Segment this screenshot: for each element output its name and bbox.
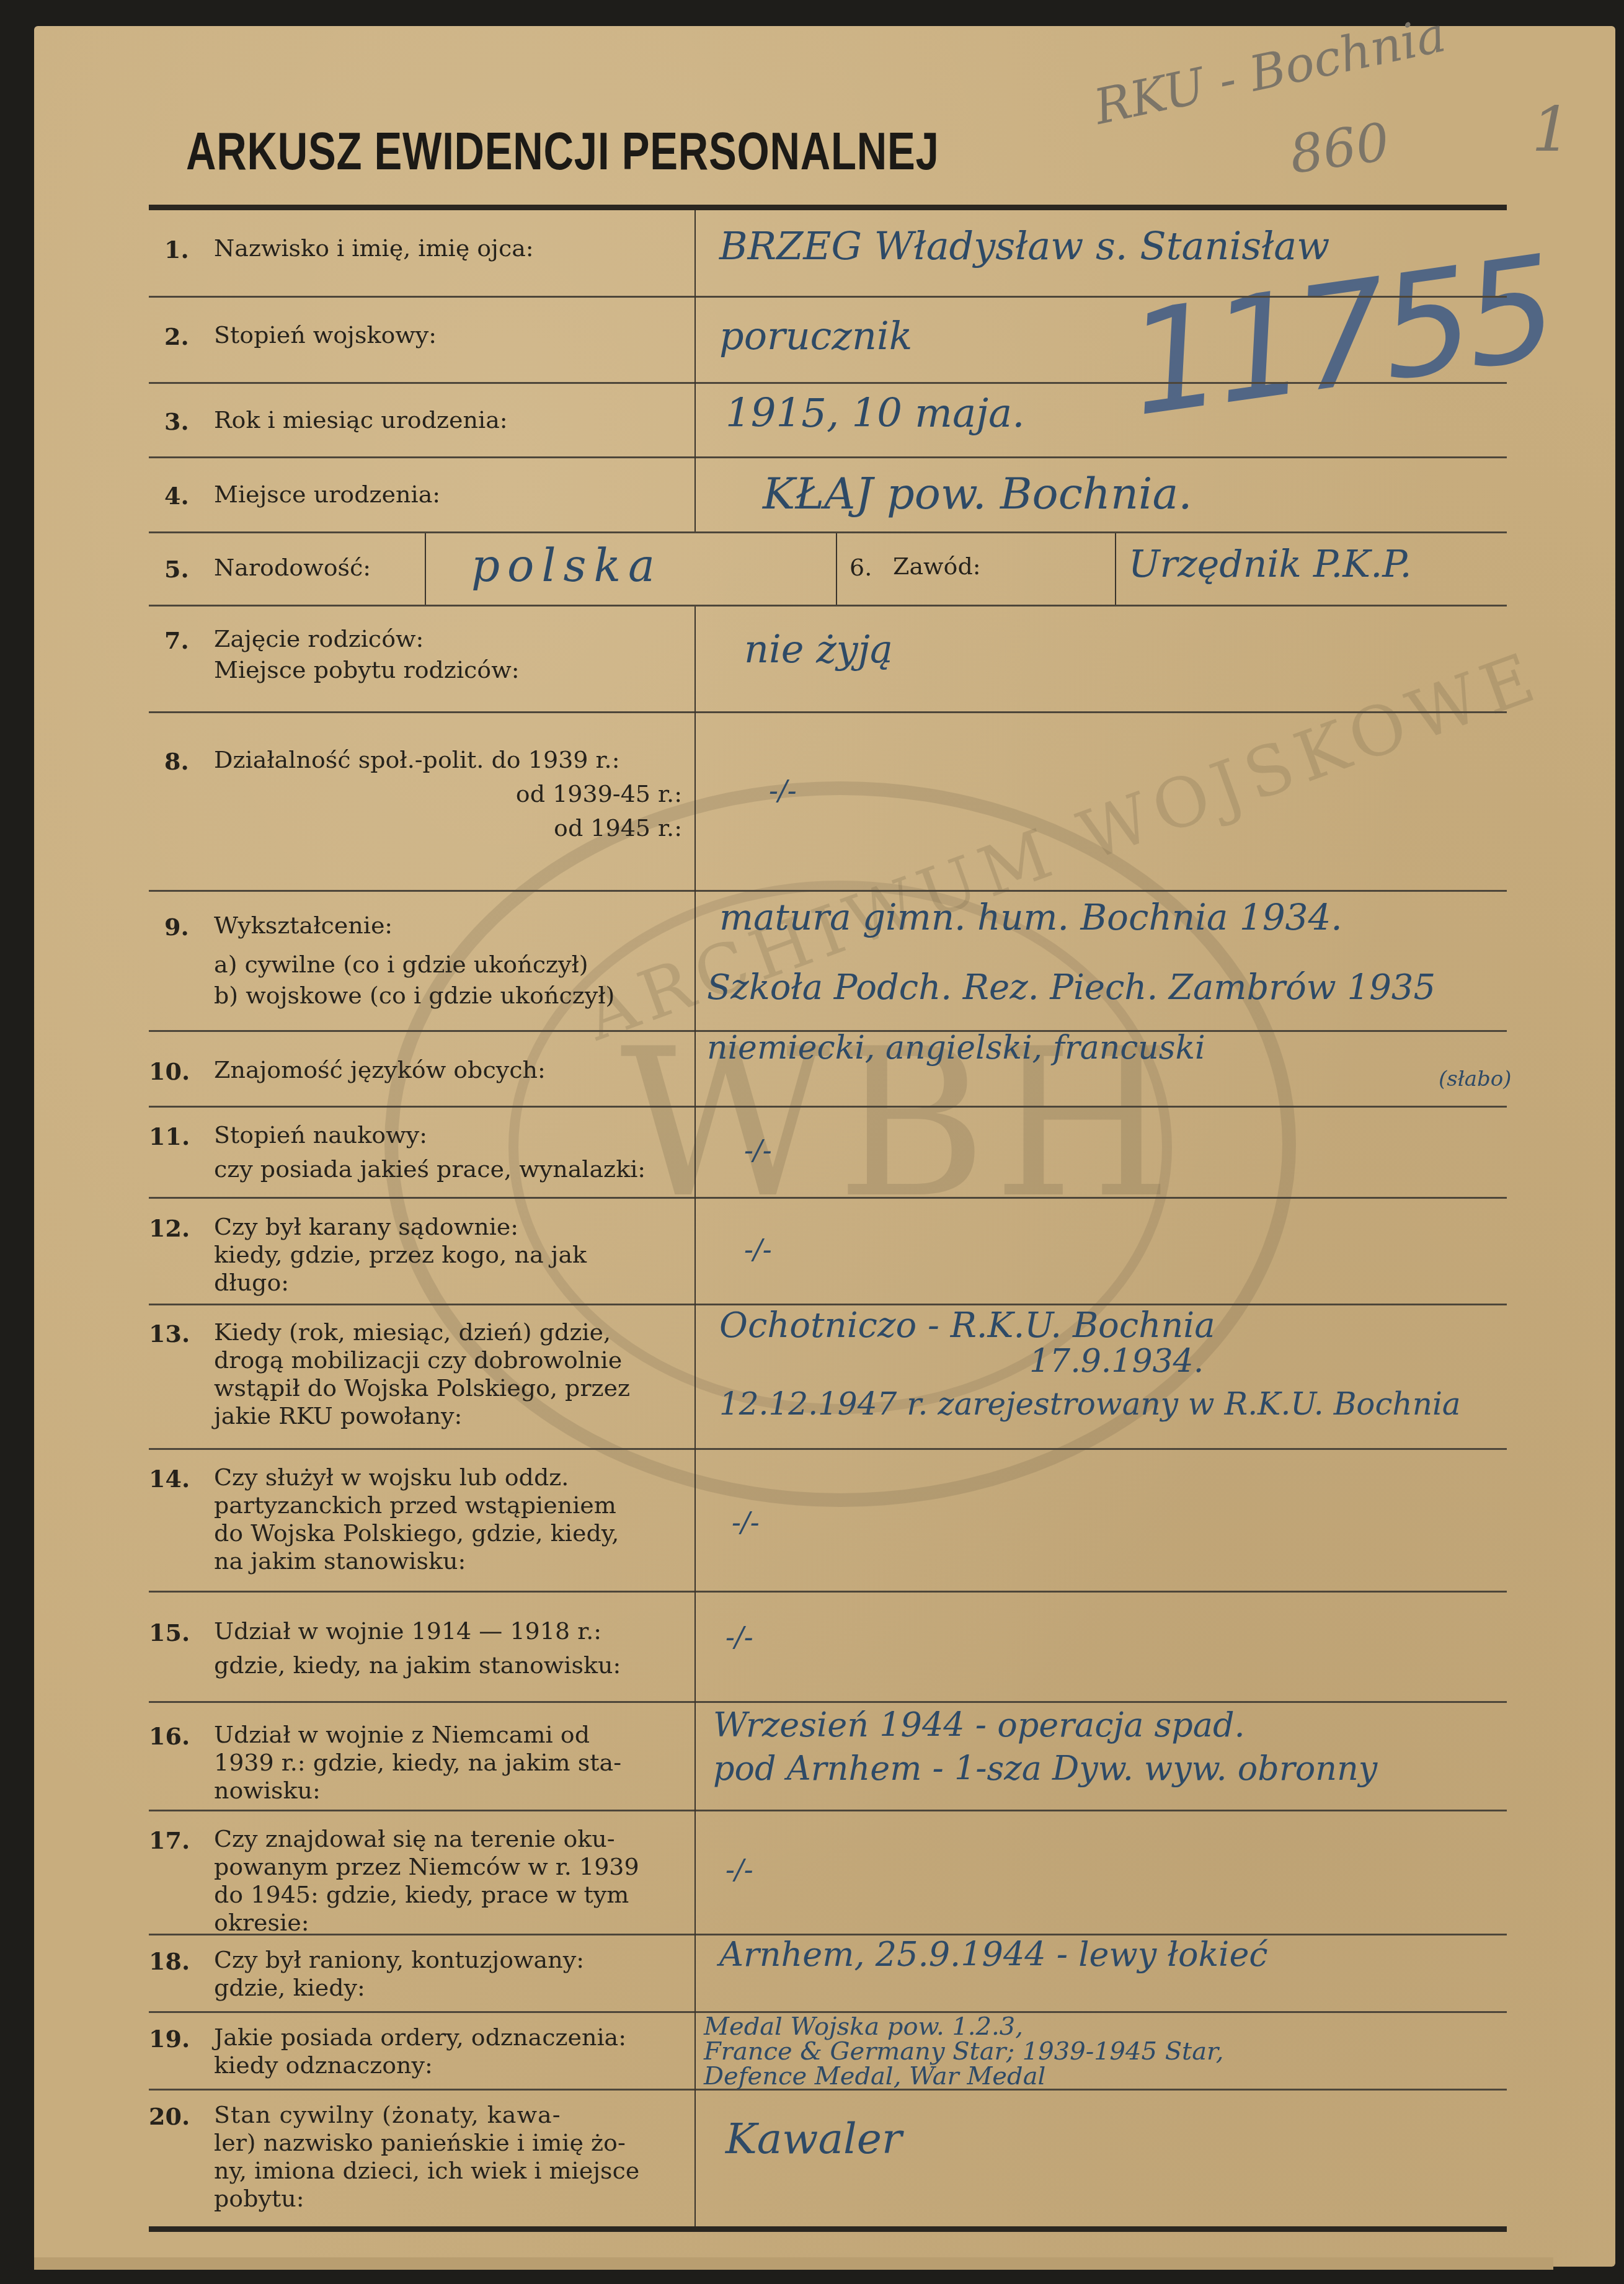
field-10-value-note: (słabo): [1439, 1067, 1512, 1091]
field-16-label-line-1: Udział w wojnie z Niemcami od: [214, 1719, 590, 1750]
field-2-number: 2.: [164, 322, 189, 350]
field-8-label-line-2: od 1939-45 r.:: [214, 778, 682, 809]
field-20-number: 20.: [149, 2102, 190, 2130]
column-divider-rows-1-4: [694, 210, 696, 531]
rule-row-16: [149, 1810, 1507, 1811]
column-divider-row5-c: [1115, 533, 1116, 605]
field-16-label-line-2: 1939 r.: gdzie, kiedy, na jakim sta-: [214, 1747, 621, 1778]
rule-row-13: [149, 1448, 1507, 1450]
underlying-sheet-edge: [34, 2257, 1553, 2270]
rule-row-5: [149, 605, 1507, 607]
field-9-label-line-3: b) wojskowe (co i gdzie ukończył): [214, 980, 615, 1011]
field-11-value: -/-: [744, 1135, 772, 1166]
field-5-number: 5.: [164, 555, 189, 583]
field-20-value: Kawaler: [725, 2115, 902, 2164]
field-15-value: -/-: [725, 1622, 753, 1653]
field-13-label-line-1: Kiedy (rok, miesiąc, dzień) gdzie,: [214, 1317, 611, 1348]
field-3-value: 1915, 10 maja.: [725, 391, 1025, 437]
field-19-value-line-3: Defence Medal, War Medal: [704, 2062, 1045, 2091]
field-15-number: 15.: [149, 1619, 190, 1646]
field-10-number: 10.: [149, 1057, 190, 1085]
field-17-label-line-4: okresie:: [214, 1907, 309, 1938]
field-8-label-line-1: Działalność społ.-polit. do 1939 r.:: [214, 744, 619, 775]
field-16-label-line-3: nowisku:: [214, 1775, 321, 1806]
field-15-label-line-1: Udział w wojnie 1914 — 1918 r.:: [214, 1615, 601, 1646]
field-19-label-line-2: kiedy odznaczony:: [214, 2050, 433, 2081]
field-17-label-line-2: powanym przez Niemców w r. 1939: [214, 1851, 639, 1882]
field-20-label-line-4: pobytu:: [214, 2183, 304, 2214]
field-7-label-line-2: Miejsce pobytu rodziców:: [214, 654, 520, 685]
field-12-label-line-3: długo:: [214, 1267, 289, 1298]
field-7-value: nie żyją: [744, 626, 893, 672]
column-divider-row5-b: [836, 533, 837, 605]
field-14-label-line-4: na jakim stanowisku:: [214, 1545, 466, 1576]
field-12-label-line-2: kiedy, gdzie, przez kogo, na jak: [214, 1239, 587, 1270]
rule-row-2: [149, 382, 1507, 384]
field-17-number: 17.: [149, 1826, 190, 1854]
field-7-label-line-1: Zajęcie rodziców:: [214, 623, 424, 654]
field-2-value: porucznik: [719, 313, 912, 358]
field-6-number: 6.: [850, 554, 872, 581]
field-14-number: 14.: [149, 1465, 190, 1493]
field-1-value: BRZEG Władysław s. Stanisław: [719, 223, 1329, 269]
field-9-label-line-2: a) cywilne (co i gdzie ukończył): [214, 949, 588, 980]
rule-top: [149, 205, 1507, 210]
field-1-number: 1.: [164, 236, 189, 264]
column-divider-row5-a: [425, 533, 426, 605]
field-13-label-line-4: jakie RKU powołany:: [214, 1400, 462, 1431]
field-12-number: 12.: [149, 1214, 190, 1242]
field-20-label-line-1: Stan cywilny (żonaty, kawa-: [214, 2099, 561, 2130]
field-13-label-line-3: wstąpił do Wojska Polskiego, przez: [214, 1372, 630, 1403]
field-14-label-line-3: do Wojska Polskiego, gdzie, kiedy,: [214, 1517, 619, 1549]
field-9-label-line-1: Wykształcenie:: [214, 910, 393, 941]
field-19-label-line-1: Jakie posiada ordery, odznaczenia:: [214, 2022, 626, 2053]
field-11-label-line-2: czy posiada jakieś prace, wynalazki:: [214, 1153, 646, 1184]
field-5-value: polska: [471, 540, 662, 592]
column-divider-rows-7-20: [694, 607, 696, 2226]
field-12-label-line-1: Czy był karany sądownie:: [214, 1211, 518, 1242]
field-16-value-line-2: pod Arnhem - 1-sza Dyw. wyw. obronny: [713, 1749, 1377, 1788]
rule-row-11: [149, 1197, 1507, 1199]
field-1-label: Nazwisko i imię, imię ojca:: [214, 233, 534, 264]
field-18-label-line-2: gdzie, kiedy:: [214, 1972, 365, 2003]
field-12-value: -/-: [744, 1234, 772, 1266]
field-2-label: Stopień wojskowy:: [214, 319, 437, 350]
rule-row-14: [149, 1591, 1507, 1593]
field-17-label-line-1: Czy znajdował się na terenie oku-: [214, 1823, 615, 1854]
field-14-label-line-2: partyzanckich przed wstąpieniem: [214, 1490, 616, 1521]
field-17-value: -/-: [725, 1854, 753, 1886]
rule-row-10: [149, 1106, 1507, 1108]
document-title: ARKUSZ EWIDENCJI PERSONALNEJ: [186, 121, 1008, 182]
field-19-number: 19.: [149, 2025, 190, 2053]
rule-row-8: [149, 890, 1507, 892]
field-9-value-line-2: Szkoła Podch. Rez. Piech. Zambrów 1935: [707, 967, 1435, 1008]
field-14-value: -/-: [732, 1507, 760, 1539]
field-6-value: Urzędnik P.K.P.: [1129, 543, 1412, 586]
rule-row-7: [149, 711, 1507, 713]
rule-bottom: [149, 2226, 1507, 2232]
field-8-number: 8.: [164, 747, 189, 775]
rule-row-4: [149, 531, 1507, 533]
pencil-annotation-page: 1: [1532, 93, 1571, 166]
field-4-label: Miejsce urodzenia:: [214, 479, 440, 510]
field-15-label-line-2: gdzie, kiedy, na jakim stanowisku:: [214, 1650, 621, 1681]
field-4-value: KŁAJ pow. Bochnia.: [763, 468, 1192, 519]
field-10-value: niemiecki, angielski, francuski: [707, 1029, 1205, 1067]
field-11-number: 11.: [149, 1122, 190, 1150]
field-20-label-line-3: ny, imiona dzieci, ich wiek i miejsce: [214, 2155, 639, 2186]
field-5-label: Narodowość:: [214, 552, 371, 583]
field-13-label-line-2: drogą mobilizacji czy dobrowolnie: [214, 1344, 622, 1375]
field-8-label-line-3: od 1945 r.:: [214, 812, 682, 843]
field-18-label-line-1: Czy był raniony, kontuzjowany:: [214, 1944, 584, 1975]
field-6-label: Zawód:: [893, 551, 981, 582]
field-9-value-line-1: matura gimn. hum. Bochnia 1934.: [719, 896, 1342, 938]
field-16-value-line-1: Wrzesień 1944 - operacja spad.: [713, 1705, 1245, 1744]
field-13-number: 13.: [149, 1320, 190, 1348]
field-18-number: 18.: [149, 1947, 190, 1975]
field-13-value-line-1: Ochotniczo - R.K.U. Bochnia: [719, 1305, 1215, 1346]
field-10-label: Znajomość języków obcych:: [214, 1054, 546, 1085]
field-16-number: 16.: [149, 1722, 190, 1750]
rule-row-15: [149, 1701, 1507, 1703]
field-9-number: 9.: [164, 913, 189, 941]
field-13-value-line-2: 17.9.1934.: [1029, 1343, 1204, 1380]
field-18-value: Arnhem, 25.9.1944 - lewy łokieć: [719, 1935, 1268, 1974]
field-13-value-line-3: 12.12.1947 r. zarejestrowany w R.K.U. Bo…: [719, 1386, 1461, 1422]
field-3-label: Rok i miesiąc urodzenia:: [214, 404, 508, 435]
field-20-label-line-2: ler) nazwisko panieńskie i imię żo-: [214, 2127, 626, 2158]
field-17-label-line-3: do 1945: gdzie, kiedy, prace w tym: [214, 1879, 629, 1910]
field-11-label-line-1: Stopień naukowy:: [214, 1119, 427, 1150]
field-3-number: 3.: [164, 407, 189, 435]
field-7-number: 7.: [164, 626, 189, 654]
rule-row-3: [149, 456, 1507, 458]
rule-row-1: [149, 296, 1507, 298]
field-4-number: 4.: [164, 482, 189, 510]
field-8-value: -/-: [769, 775, 797, 807]
field-14-label-line-1: Czy służył w wojsku lub oddz.: [214, 1462, 569, 1493]
